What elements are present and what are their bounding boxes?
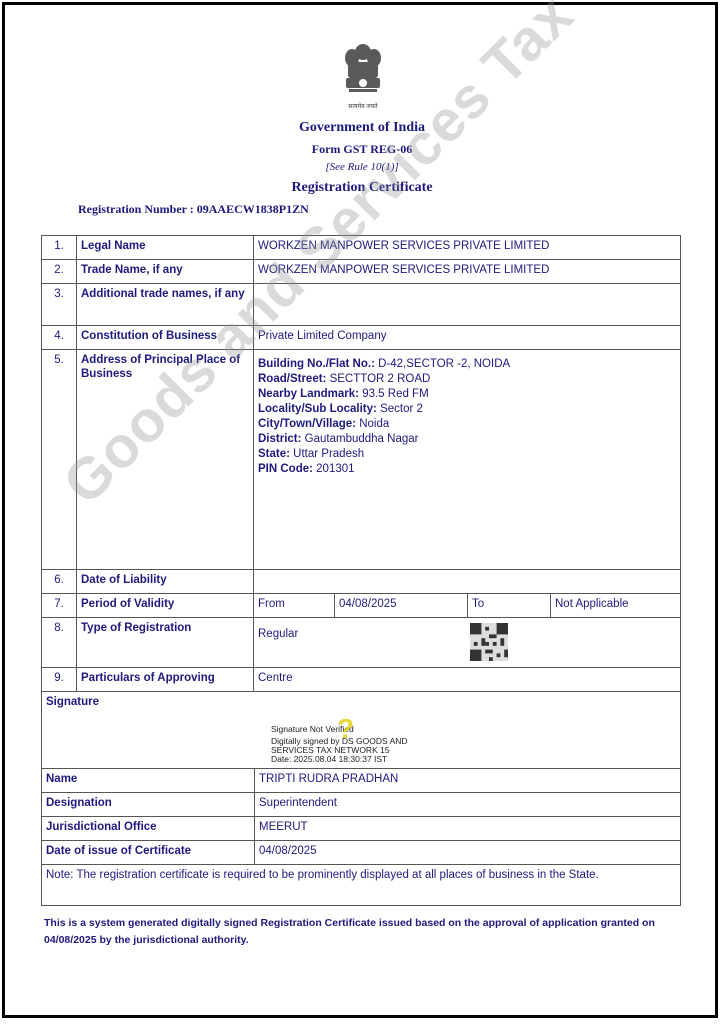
registration-type-value: Regular [258,628,298,640]
display-note: Note: The registration certificate is re… [42,865,681,906]
signature-table: Signature Signature Not Verified Digital… [41,691,681,906]
table-row: 3. Additional trade names, if any [42,284,681,326]
row-number: 1. [42,236,77,260]
officer-label: Designation [42,793,255,817]
validity-to-label: To [468,594,551,618]
jurisdictional-office-value: MEERUT [255,817,681,841]
row-number: 3. [42,284,77,326]
address-locality: Locality/Sub Locality: Sector 2 [258,402,676,417]
registration-details-table: 1. Legal Name WORKZEN MANPOWER SERVICES … [41,235,681,692]
row-number: 8. [42,618,77,668]
officer-name-value: TRIPTI RUDRA PRADHAN [255,769,681,793]
table-row: 6. Date of Liability [42,570,681,594]
table-row: 1. Legal Name WORKZEN MANPOWER SERVICES … [42,236,681,260]
officer-label: Jurisdictional Office [42,817,255,841]
address-state: State: Uttar Pradesh [258,447,676,462]
row-label: Period of Validity [77,594,254,618]
table-row: 9. Particulars of Approving Centre [42,668,681,692]
officer-label: Date of issue of Certificate [42,841,255,865]
officer-label: Name [42,769,255,793]
row-label: Address of Principal Place of Business [77,350,254,570]
signature-label: Signature [46,695,676,709]
address-road: Road/Street: SECTTOR 2 ROAD [258,372,676,387]
signature-unverified-icon: ? [337,722,354,736]
row-number: 4. [42,326,77,350]
row-label: Legal Name [77,236,254,260]
address-building: Building No./Flat No.: D-42,SECTOR -2, N… [258,357,676,372]
rule-reference: [See Rule 10(1)] [0,161,724,173]
form-name: Form GST REG-06 [0,142,724,157]
qr-code-icon [470,622,508,662]
officer-row: Date of issue of Certificate 04/08/2025 [42,841,681,865]
row-number: 7. [42,594,77,618]
row-label: Trade Name, if any [77,260,254,284]
additional-trade-names-value [254,284,681,326]
signature-date: Date: 2025.08.04 18:30:37 IST [271,755,408,764]
row-label: Date of Liability [77,570,254,594]
address-landmark: Nearby Landmark: 93.5 Red FM [258,387,676,402]
national-emblem-icon: सत्यमेव जयते [339,40,387,112]
officer-row: Jurisdictional Office MEERUT [42,817,681,841]
table-row: 7. Period of Validity From 04/08/2025 To… [42,594,681,618]
row-number: 6. [42,570,77,594]
registration-number: Registration Number : 09AAECW1838P1ZN [78,202,309,217]
validity-from-label: From [254,594,335,618]
signature-cell: Signature Signature Not Verified Digital… [42,692,681,769]
constitution-value: Private Limited Company [254,326,681,350]
officer-row: Name TRIPTI RUDRA PRADHAN [42,769,681,793]
table-row: 4. Constitution of Business Private Limi… [42,326,681,350]
row-number: 9. [42,668,77,692]
validity-to-value: Not Applicable [551,594,681,618]
table-row: 5. Address of Principal Place of Busines… [42,350,681,570]
designation-value: Superintendent [255,793,681,817]
legal-name-value: WORKZEN MANPOWER SERVICES PRIVATE LIMITE… [254,236,681,260]
address-pin: PIN Code: 201301 [258,462,676,477]
svg-text:सत्यमेव जयते: सत्यमेव जयते [348,102,378,110]
row-label: Additional trade names, if any [77,284,254,326]
certificate-title: Registration Certificate [0,180,724,196]
row-label: Particulars of Approving [77,668,254,692]
table-row: 8. Type of Registration Regular [42,618,681,668]
row-number: 5. [42,350,77,570]
officer-row: Designation Superintendent [42,793,681,817]
note-row: Note: The registration certificate is re… [42,865,681,906]
government-title: Government of India [0,120,724,136]
footer-statement: This is a system generated digitally sig… [44,915,684,949]
date-of-liability-value [254,570,681,594]
signature-row: Signature Signature Not Verified Digital… [42,692,681,769]
row-label: Constitution of Business [77,326,254,350]
row-label: Type of Registration [77,618,254,668]
address-city: City/Town/Village: Noida [258,417,676,432]
address-value: Building No./Flat No.: D-42,SECTOR -2, N… [254,350,681,570]
trade-name-value: WORKZEN MANPOWER SERVICES PRIVATE LIMITE… [254,260,681,284]
validity-from-value: 04/08/2025 [335,594,468,618]
approving-authority-value: Centre [254,668,681,692]
address-district: District: Gautambuddha Nagar [258,432,676,447]
table-row: 2. Trade Name, if any WORKZEN MANPOWER S… [42,260,681,284]
registration-type-cell: Regular [254,618,681,668]
row-number: 2. [42,260,77,284]
issue-date-value: 04/08/2025 [255,841,681,865]
